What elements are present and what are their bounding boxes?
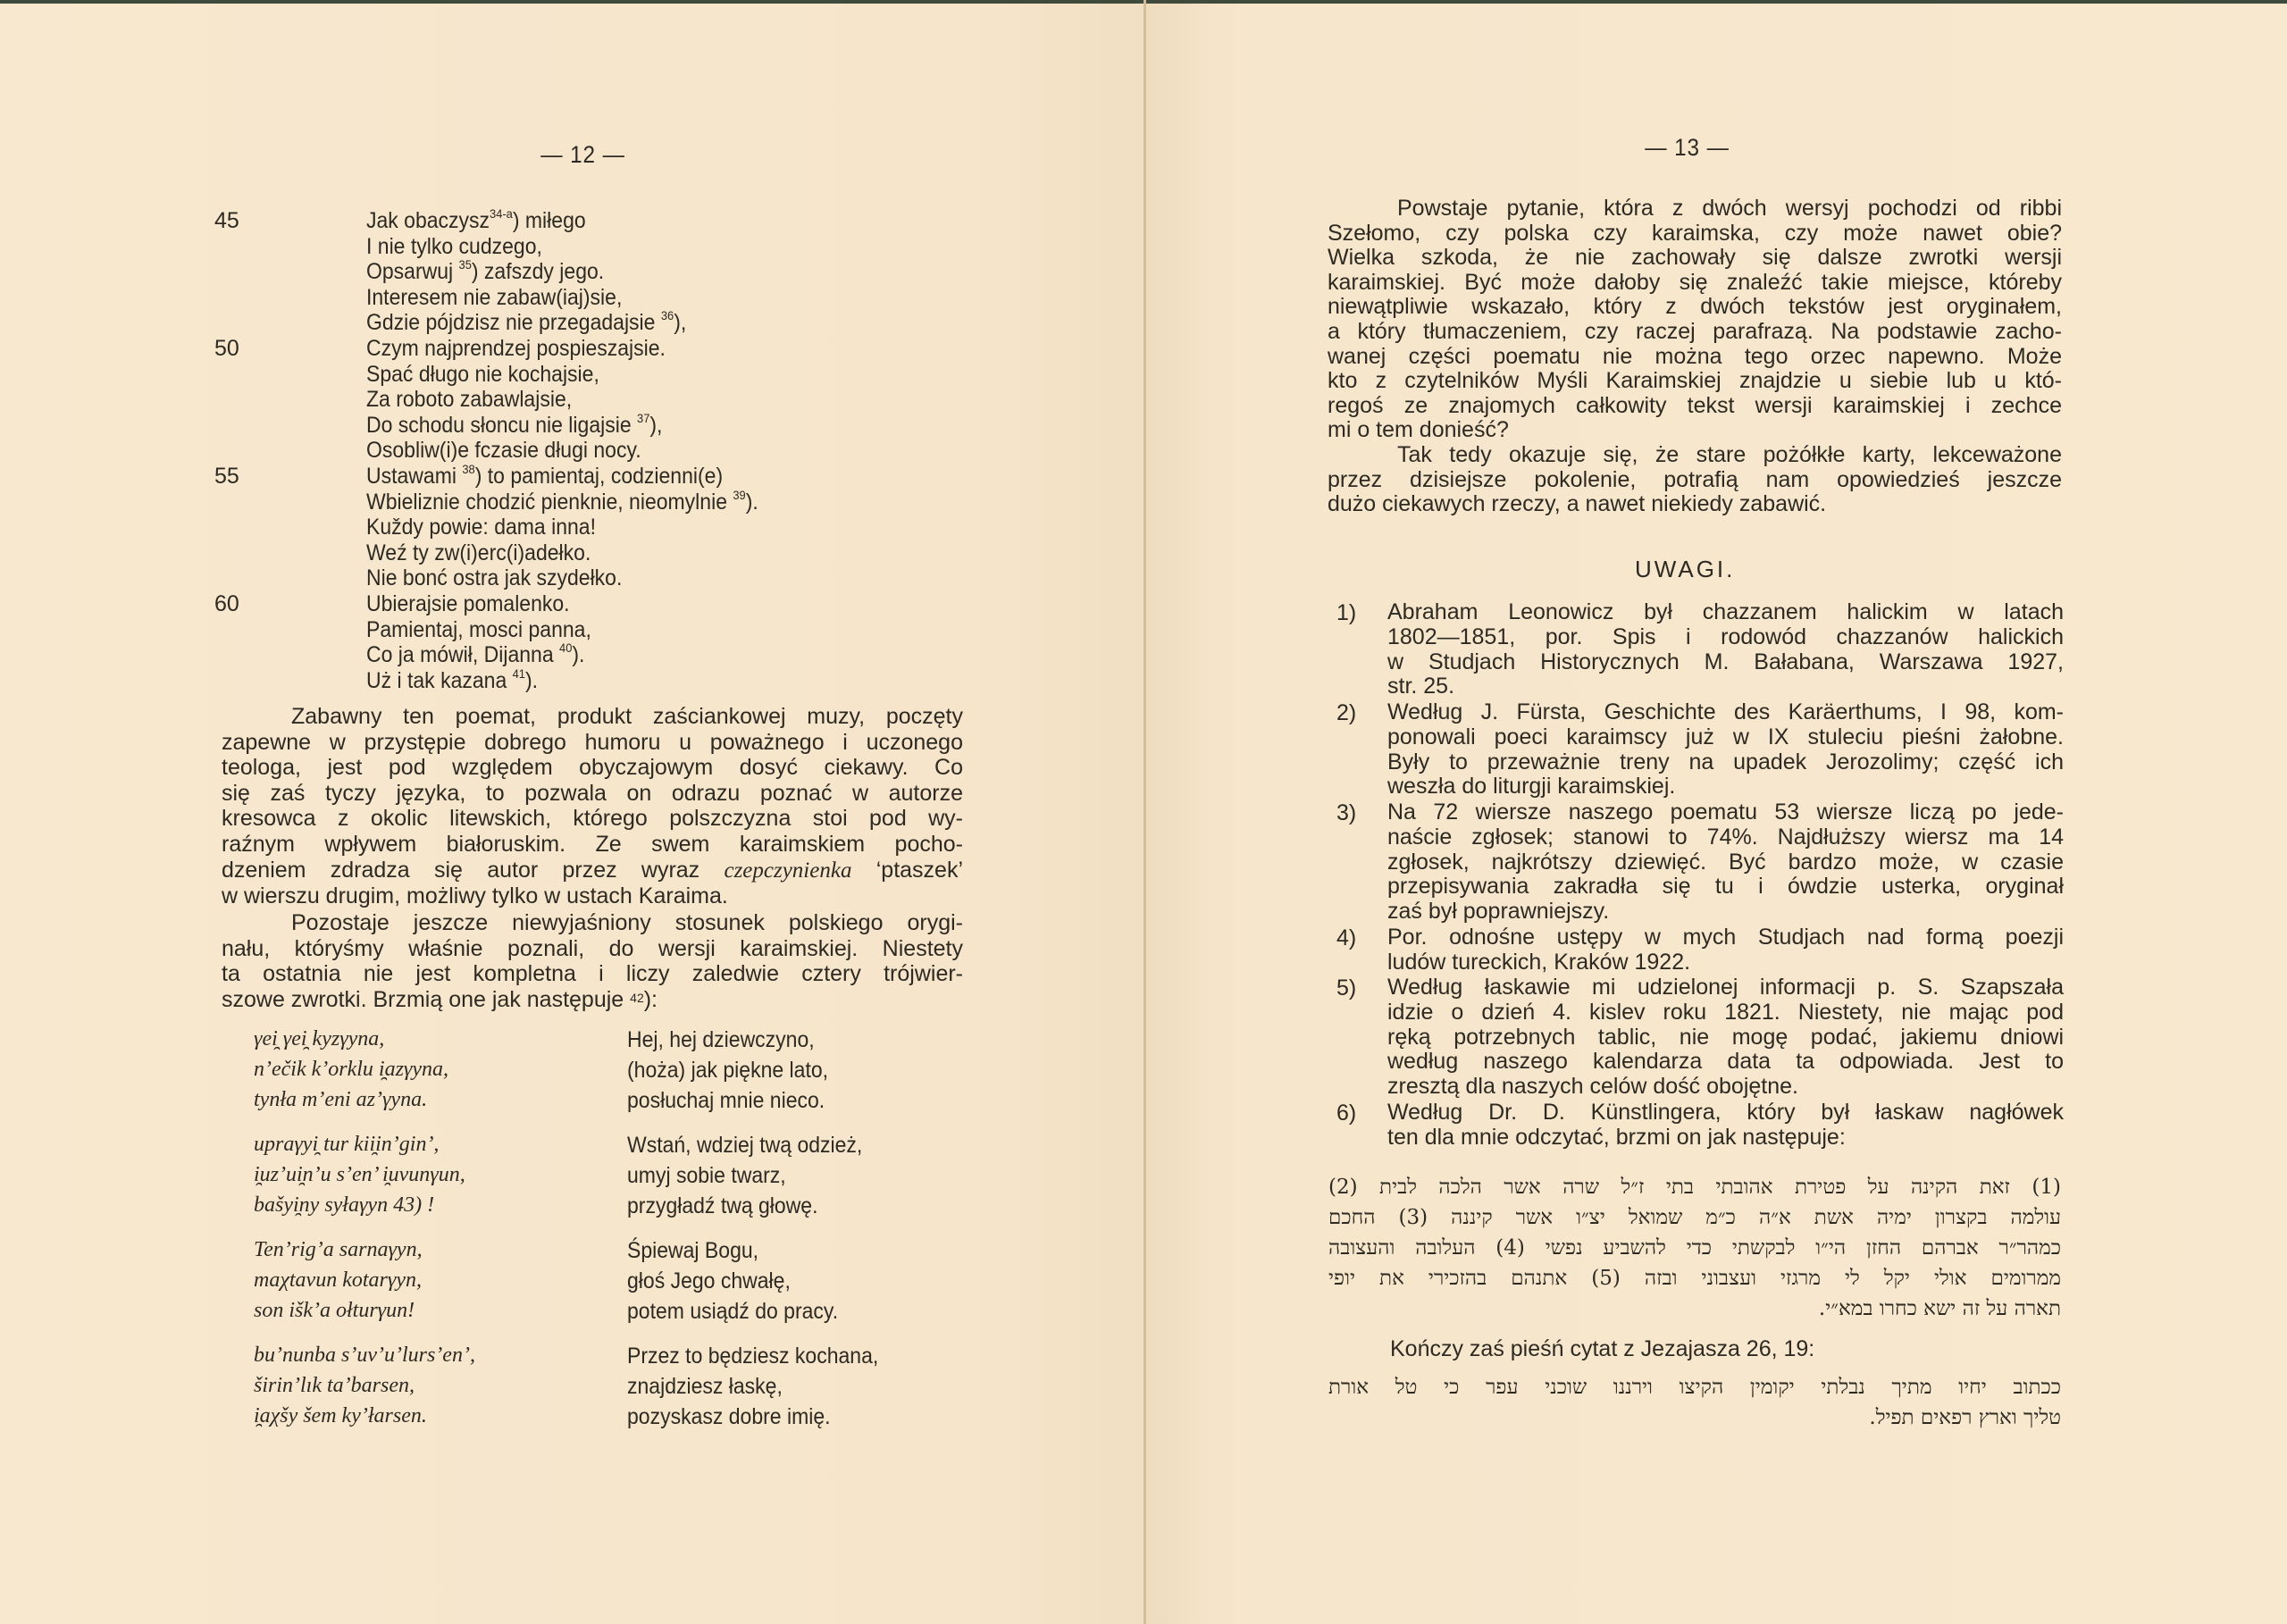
karaim-line: i̯uz’ui̯n’u s’en’ i̯uvunγun, xyxy=(254,1163,465,1187)
polish-line: Śpiewaj Bogu, xyxy=(627,1238,758,1264)
polish-line: pozyskasz dobre imię. xyxy=(627,1404,831,1430)
verse-line: Interesem nie zabaw(iaj)sie, xyxy=(366,285,622,311)
italic-term: czepczynienka xyxy=(724,858,851,883)
verse-number: 55 xyxy=(214,464,239,490)
verse-line: Ustawami 38) to pamientaj, codzienni(e) xyxy=(366,464,723,490)
verse-line: Opsarwuj 35) zafszdy jego. xyxy=(366,259,604,285)
polish-line: potem usiądź do pracy. xyxy=(627,1299,838,1325)
verse-line: Gdzie pójdzisz nie przegadajsie 36), xyxy=(366,310,686,336)
polish-line: Hej, hej dziewczyno, xyxy=(627,1027,815,1053)
notes-heading: UWAGI. xyxy=(1635,556,1735,583)
note-5: Według łaskawie mi udzielonej informacji… xyxy=(1387,975,2064,1100)
note-3: Na 72 wiersze naszego poematu 53 wiersze… xyxy=(1387,800,2064,925)
polish-line: umyj sobie twarz, xyxy=(627,1163,786,1189)
verse-line: Za roboto zabawlajsie, xyxy=(366,387,572,413)
verse-line: Spać długo nie kochajsie, xyxy=(366,362,599,388)
verse-line: Pamientaj, mosci panna, xyxy=(366,617,591,643)
note-1: Abraham Leonowicz był chazzanem halickim… xyxy=(1387,600,2064,699)
verse-line: Ubierajsie pomalenko. xyxy=(366,591,570,617)
verse-line: Do schodu słoncu nie ligajsie 37), xyxy=(366,413,662,439)
polish-line: (hoża) jak piękne lato, xyxy=(627,1058,828,1084)
karaim-line: n’ečik k’orklu i̯azγyna, xyxy=(254,1058,448,1082)
polish-line: Wstań, wdziej twą odzież, xyxy=(627,1133,862,1159)
karaim-line: maχtavun kotarγyn, xyxy=(254,1268,422,1293)
note-2: Według J. Fürsta, Geschichte des Karäert… xyxy=(1387,700,2064,799)
note-number: 5) xyxy=(1336,975,1356,1001)
karaim-line: širin’lık ta’barsen, xyxy=(254,1374,415,1398)
karaim-line: son išk’a ołturγun! xyxy=(254,1299,415,1323)
polish-line: znajdziesz łaskę, xyxy=(627,1374,783,1400)
verse-line: Weź ty zw(i)erc(i)adełko. xyxy=(366,540,591,566)
polish-line: Przez to będziesz kochana, xyxy=(627,1344,878,1369)
verse-line: Nie bonć ostra jak szydełko. xyxy=(366,565,622,591)
verse-line: Jak obaczysz34-a) miłego xyxy=(366,208,586,234)
question-paragraph: Powstaje pytanie, która z dwóch wersyj p… xyxy=(1328,197,2062,443)
line-with-italic: dzeniem zdradza się autor przez wyraz cz… xyxy=(222,858,963,884)
verse-line: Wbieliznie chodzić pienknie, nieomylnie … xyxy=(366,490,758,515)
note-number: 1) xyxy=(1336,600,1356,626)
hebrew-line: טליך וארץ רפאים תפיל. xyxy=(1328,1406,2061,1429)
note-number: 6) xyxy=(1336,1101,1356,1126)
hebrew-line: עולמה בקצרון ימיה אשת א״ה כ״מ שמואל יצ״ו… xyxy=(1328,1206,2061,1229)
verse-line: I nie tylko cudzego, xyxy=(366,234,542,260)
note-number: 3) xyxy=(1336,800,1356,826)
verse-number: 45 xyxy=(214,208,239,234)
karaim-line: tynła m’eni az’γyna. xyxy=(254,1088,427,1112)
note-number: 4) xyxy=(1336,925,1356,951)
hebrew-line: (1) זאת הקינה על פטירת אהובתי בתי ז״ל שר… xyxy=(1328,1176,2061,1199)
karaim-line: i̯aχšy šem ky’łarsen. xyxy=(254,1404,427,1428)
commentary-paragraph-1: Zabawny ten poemat, produkt zaściankowej… xyxy=(222,704,963,909)
karaim-line: Ten’rig’a sarnaγyn, xyxy=(254,1238,423,1262)
verse-line: Uż i tak kazana 41). xyxy=(366,668,538,694)
note-4: Por. odnośne ustępy w mych Studjach nad … xyxy=(1387,925,2064,975)
karaim-line: bu’nunba s’uv’u’lurs’en’, xyxy=(254,1344,475,1368)
commentary-paragraph-2: Pozostaje jeszcze niewyjaśniony stosunek… xyxy=(222,910,963,1012)
verse-line: Kuždy powie: dama inna! xyxy=(366,515,596,540)
karaim-line: upraγyi̯ tur kii̯in’gin’, xyxy=(254,1133,439,1157)
karaim-line: bašyi̯ny syłaγyn 43) ! xyxy=(254,1193,434,1218)
polish-line: posłuchaj mnie nieco. xyxy=(627,1088,825,1114)
hebrew-line: כמהר״ר אברהם החזן הי״ו לבקשתי כדי להשביע… xyxy=(1328,1236,2061,1260)
note-6: Według Dr. D. Künstlingera, który był ła… xyxy=(1387,1101,2064,1151)
verse-number: 50 xyxy=(214,336,239,362)
closing-citation-intro: Kończy zaś pieśń cytat z Jezajasza 26, 1… xyxy=(1390,1336,1814,1362)
page-number-right: — 13 — xyxy=(1645,134,1730,162)
karaim-line: γei̯ γei̯ kyzγyna, xyxy=(254,1027,384,1051)
page-number-left: — 12 — xyxy=(540,141,625,169)
verse-number: 60 xyxy=(214,591,239,617)
verse-line: Co ja mówił, Dijanna 40). xyxy=(366,642,584,668)
hebrew-line: ממרומים אולי יקל לי מרגזי ועצבוני ובזה (… xyxy=(1328,1267,2061,1290)
verse-line: Czym najprendzej pospieszajsie. xyxy=(366,336,666,362)
polish-line: głoś Jego chwałę, xyxy=(627,1268,791,1294)
note-number: 2) xyxy=(1336,700,1356,726)
hebrew-line: ככתוב יחיו מתיך נבלתי יקומין הקיצו וירננ… xyxy=(1328,1376,2061,1399)
hebrew-line: תארה על זה ישא כחרו במא״י. xyxy=(1328,1297,2061,1320)
conclusion-paragraph: Tak tedy okazuje się, że stare pożółkłe … xyxy=(1328,443,2062,517)
verse-line: Osobliw(i)e fczasie długi nocy. xyxy=(366,438,641,464)
polish-line: przygładź twą głowę. xyxy=(627,1193,817,1219)
